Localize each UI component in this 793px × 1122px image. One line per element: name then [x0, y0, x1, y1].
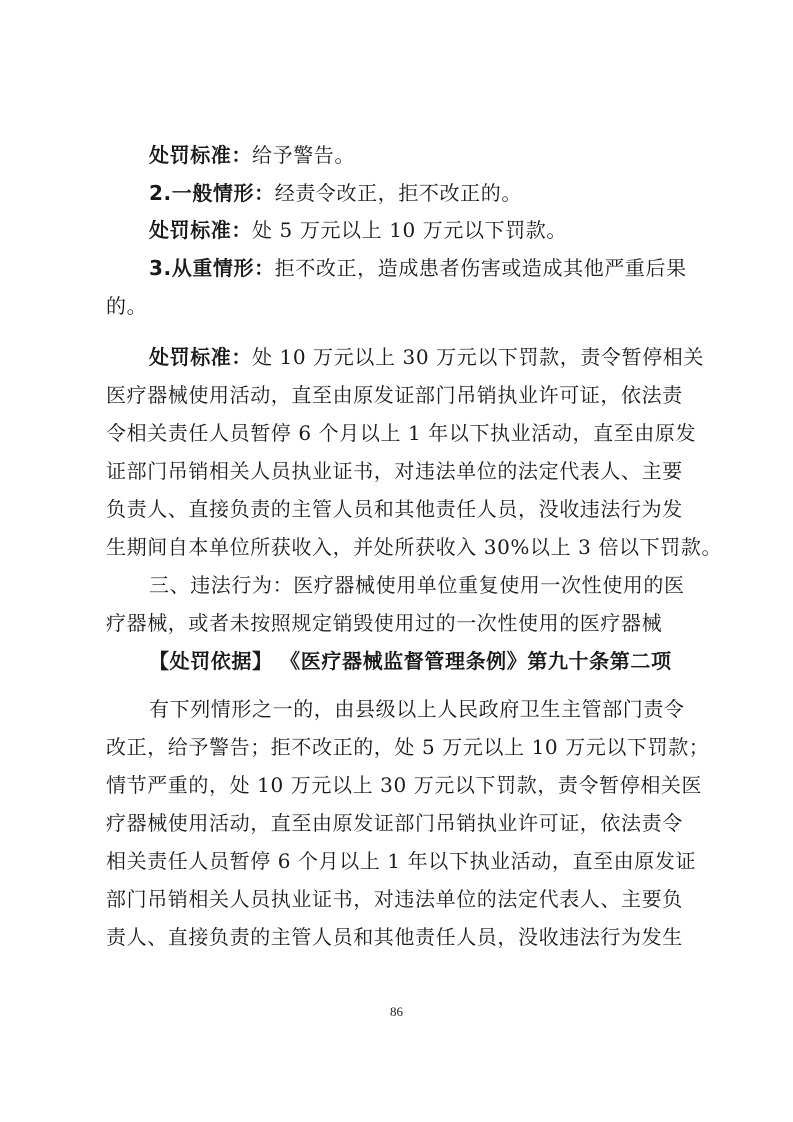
line-text: 改正，给予警告；拒不改正的，处 5 万元以上 10 万元以下罚款；: [106, 735, 709, 759]
severe-case-line: 3.从重情形：拒不改正，造成患者伤害或造成其他严重后果: [149, 256, 696, 280]
line-text: 处 5 万元以上 10 万元以下罚款。: [252, 218, 567, 242]
paragraph-line: 部门吊销相关人员执业证书，对违法单位的法定代表人、主要负: [106, 887, 696, 911]
bold-label: 【处罚依据】 《医疗器械监督管理条例》第九十条第二项: [149, 649, 672, 673]
line-text: 生期间自本单位所获收入，并处所获收入 30%以上 3 倍以下罚款。: [106, 535, 722, 559]
bold-label: 处罚标准：: [149, 218, 252, 242]
page-number: 86: [0, 1004, 793, 1020]
line-text: 处 10 万元以上 30 万元以下罚款，责令暂停相关: [252, 345, 704, 369]
line-text: 有下列情形之一的，由县级以上人民政府卫生主管部门责令: [149, 697, 685, 721]
bold-label: 3.从重情形：: [149, 256, 275, 280]
bold-label: 处罚标准：: [149, 345, 252, 369]
line-text: 三、违法行为：医疗器械使用单位重复使用一次性使用的医: [149, 573, 685, 597]
line-text: 经责令改正，拒不改正的。: [275, 181, 522, 205]
paragraph-line: 生期间自本单位所获收入，并处所获收入 30%以上 3 倍以下罚款。: [106, 535, 696, 559]
paragraph-line: 疗器械使用活动，直至由原发证部门吊销执业许可证，依法责令: [106, 811, 696, 835]
line-text: 疗器械，或者未按照规定销毁使用过的一次性使用的医疗器械: [106, 611, 662, 635]
violation-heading-line: 三、违法行为：医疗器械使用单位重复使用一次性使用的医: [149, 573, 696, 597]
paragraph-line: 疗器械，或者未按照规定销毁使用过的一次性使用的医疗器械: [106, 611, 696, 635]
paragraph-line: 有下列情形之一的，由县级以上人民政府卫生主管部门责令: [149, 697, 696, 721]
penalty-standard-line: 处罚标准：处 10 万元以上 30 万元以下罚款，责令暂停相关: [149, 345, 696, 369]
line-text: 令相关责任人员暂停 6 个月以上 1 年以下执业活动，直至由原发: [106, 421, 696, 445]
line-text: 医疗器械使用活动，直至由原发证部门吊销执业许可证，依法责: [106, 383, 683, 407]
paragraph-line: 负责人、直接负责的主管人员和其他责任人员，没收违法行为发: [106, 497, 696, 521]
paragraph-line: 证部门吊销相关人员执业证书，对违法单位的法定代表人、主要: [106, 459, 696, 483]
line-text: 的。: [106, 294, 147, 318]
bold-label: 2.一般情形：: [149, 181, 275, 205]
paragraph-line: 的。: [106, 294, 696, 318]
document-page: 处罚标准：给予警告。 2.一般情形：经责令改正，拒不改正的。 处罚标准：处 5 …: [0, 0, 793, 1122]
line-text: 部门吊销相关人员执业证书，对违法单位的法定代表人、主要负: [106, 887, 683, 911]
line-text: 疗器械使用活动，直至由原发证部门吊销执业许可证，依法责令: [106, 811, 683, 835]
paragraph-line: 改正，给予警告；拒不改正的，处 5 万元以上 10 万元以下罚款；: [106, 735, 696, 759]
paragraph-line: 相关责任人员暂停 6 个月以上 1 年以下执业活动，直至由原发证: [106, 849, 696, 873]
penalty-standard-line: 处罚标准：给予警告。: [149, 143, 696, 167]
line-text: 相关责任人员暂停 6 个月以上 1 年以下执业活动，直至由原发证: [106, 849, 696, 873]
line-text: 情节严重的，处 10 万元以上 30 万元以下罚款，责令暂停相关医: [106, 773, 702, 797]
line-text: 拒不改正，造成患者伤害或造成其他严重后果: [275, 256, 687, 280]
line-text: 给予警告。: [252, 143, 355, 167]
line-text: 责人、直接负责的主管人员和其他责任人员，没收违法行为发生: [106, 925, 683, 949]
penalty-basis-heading: 【处罚依据】 《医疗器械监督管理条例》第九十条第二项: [149, 649, 696, 673]
line-text: 负责人、直接负责的主管人员和其他责任人员，没收违法行为发: [106, 497, 683, 521]
line-text: 证部门吊销相关人员执业证书，对违法单位的法定代表人、主要: [106, 459, 683, 483]
paragraph-line: 令相关责任人员暂停 6 个月以上 1 年以下执业活动，直至由原发: [106, 421, 696, 445]
paragraph-line: 情节严重的，处 10 万元以上 30 万元以下罚款，责令暂停相关医: [106, 773, 696, 797]
bold-label: 处罚标准：: [149, 143, 252, 167]
paragraph-line: 医疗器械使用活动，直至由原发证部门吊销执业许可证，依法责: [106, 383, 696, 407]
general-case-line: 2.一般情形：经责令改正，拒不改正的。: [149, 181, 696, 205]
penalty-standard-line: 处罚标准：处 5 万元以上 10 万元以下罚款。: [149, 218, 696, 242]
paragraph-line: 责人、直接负责的主管人员和其他责任人员，没收违法行为发生: [106, 925, 696, 949]
